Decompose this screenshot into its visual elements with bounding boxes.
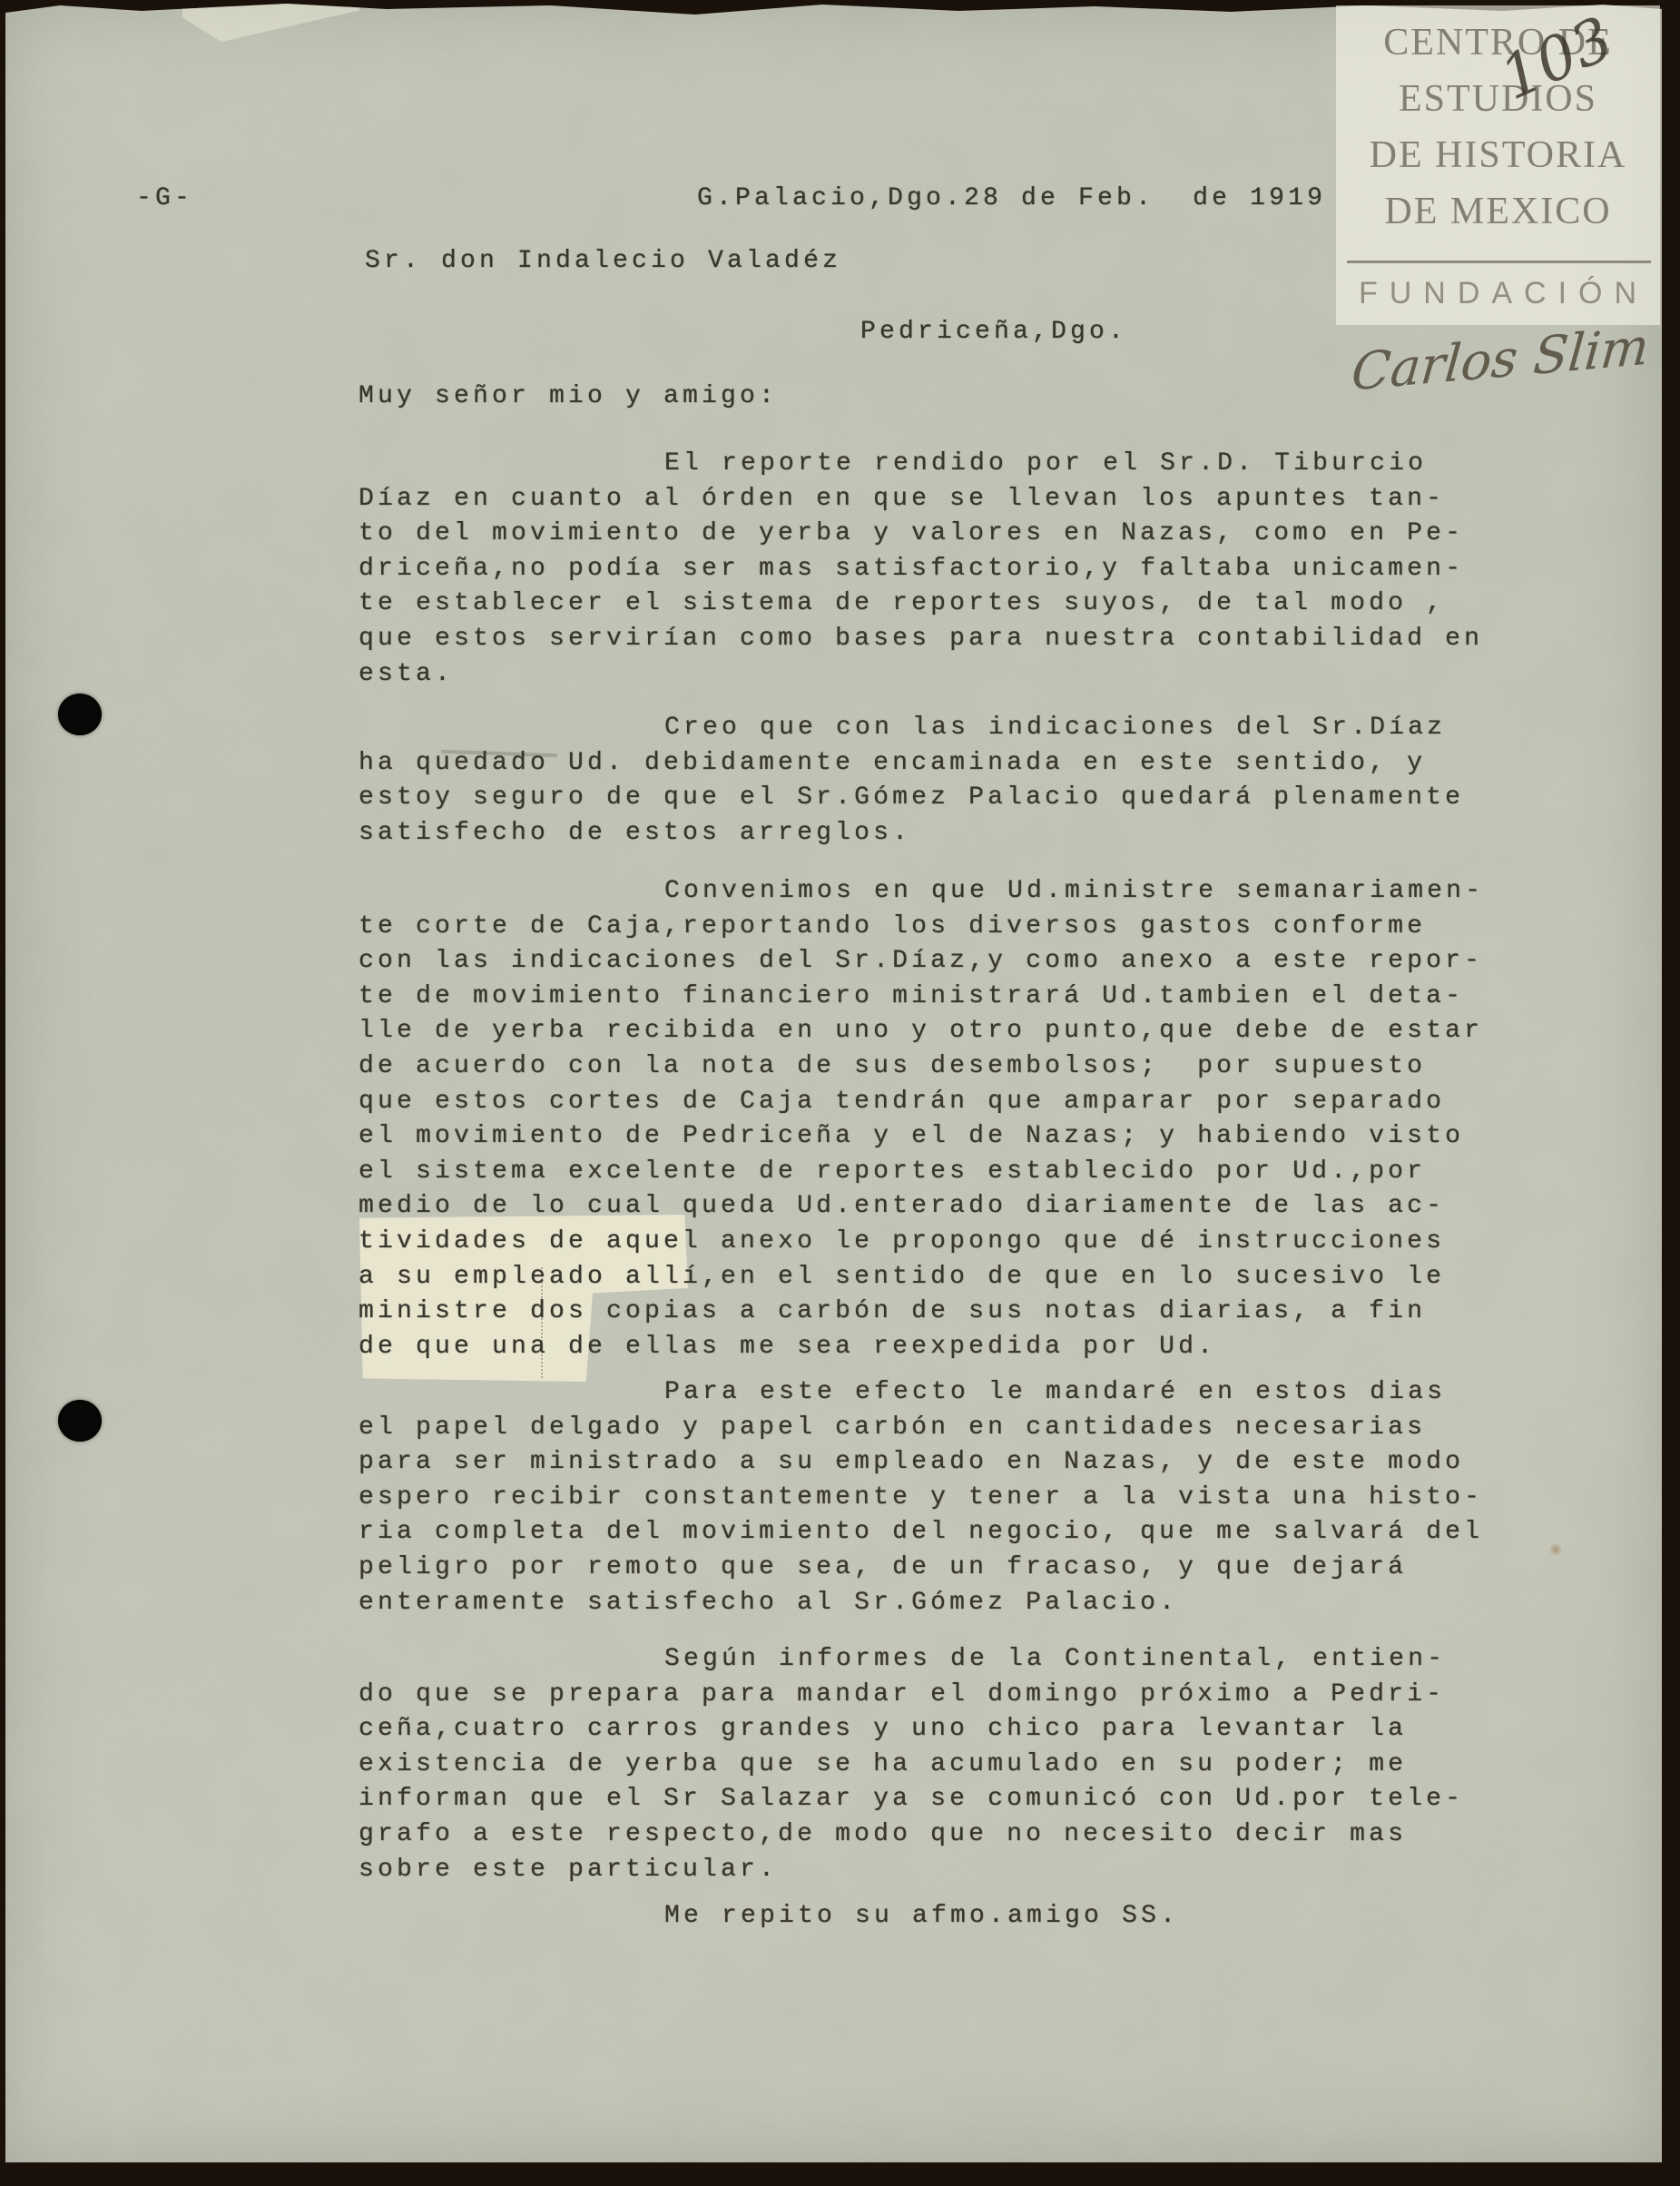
paragraph-4: Para este efecto le mandaré en estos dia…: [359, 1375, 1538, 1620]
recipient-place: Pedriceña,Dgo.: [860, 315, 1127, 350]
salutation: Muy señor mio y amigo:: [359, 379, 778, 415]
file-mark: -G-: [136, 182, 193, 217]
recipient-name: Sr. don Indalecio Valadéz: [365, 244, 841, 280]
paragraph-1: El reporte rendido por el Sr.D. Tiburcio…: [359, 447, 1538, 692]
foundation-label: FUNDACIÓN: [1341, 276, 1665, 311]
punch-hole-top: [58, 694, 102, 735]
paragraph-3: Convenimos en que Ud.ministre semanariam…: [359, 874, 1538, 1364]
document-scan: -G- G.Palacio,Dgo.28 de Feb. de 1919 Sr.…: [0, 0, 1680, 2186]
paragraph-5: Según informes de la Continental, entien…: [359, 1642, 1538, 1887]
punch-hole-bottom: [58, 1400, 102, 1442]
watermark-divider: [1347, 261, 1651, 263]
paragraph-2: Creo que con las indicaciones del Sr.Día…: [359, 711, 1538, 851]
closing-line: Me repito su afmo.amigo SS.: [664, 1899, 1179, 1935]
typewritten-letter: -G- G.Palacio,Dgo.28 de Feb. de 1919 Sr.…: [0, 0, 1680, 2186]
dateline: G.Palacio,Dgo.28 de Feb. de 1919: [697, 182, 1326, 217]
